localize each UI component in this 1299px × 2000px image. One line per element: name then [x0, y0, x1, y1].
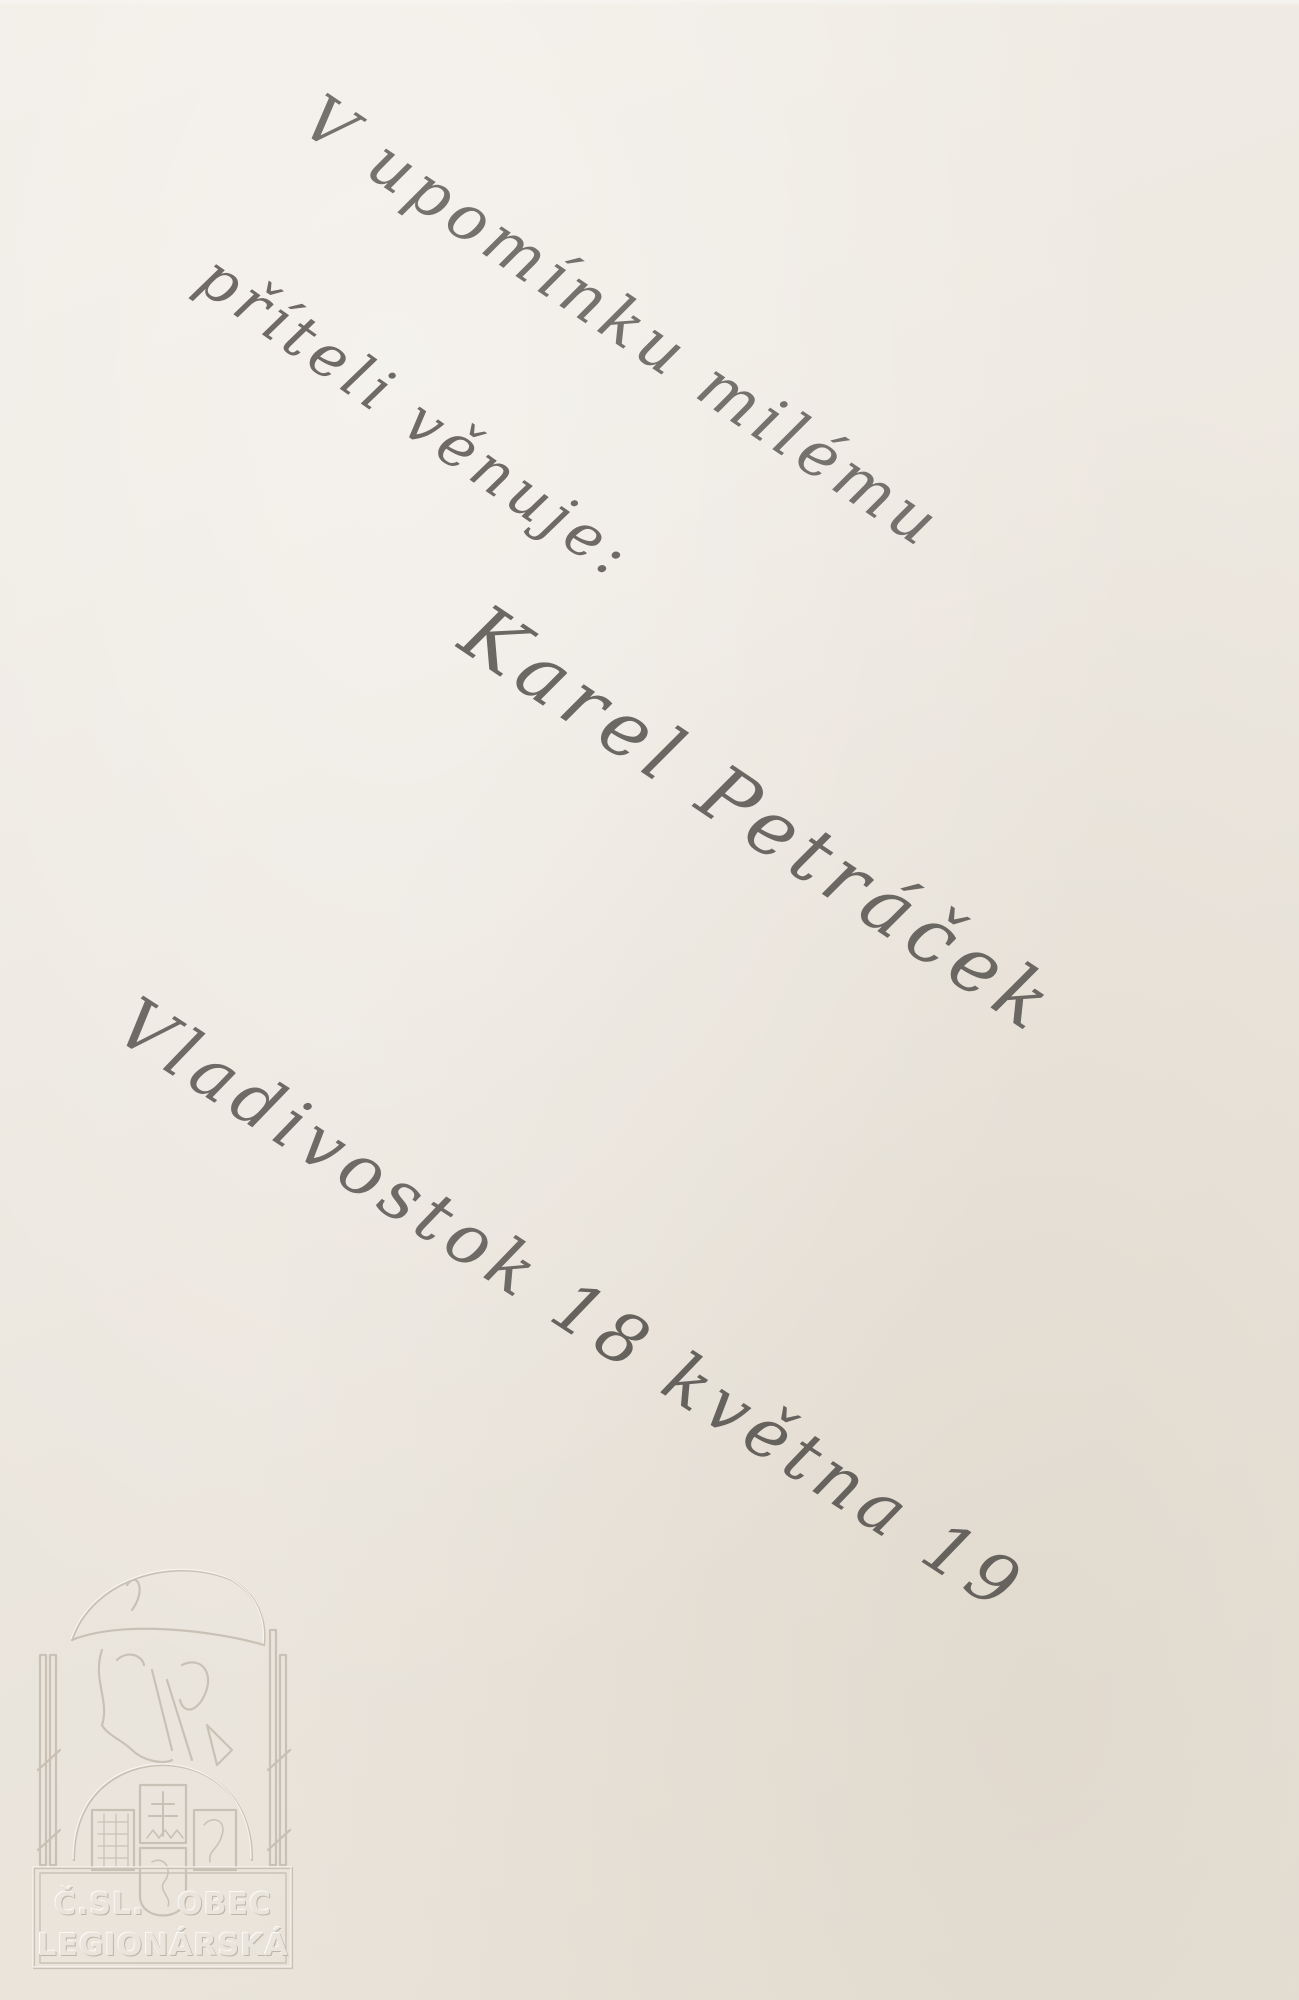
- place: Vladivostok: [103, 982, 558, 1317]
- stamp-text-left: Č.SL.: [54, 1887, 145, 1922]
- embossed-legion-stamp: Č.SL. OBEC LEGIONÁRSKÁ: [32, 1550, 294, 1972]
- stamp-text-bottom: LEGIONÁRSKÁ: [32, 1928, 294, 1963]
- stamp-text-right: OBEC: [177, 1887, 272, 1922]
- dedication-line-1: V upomínku milému: [289, 81, 955, 564]
- date: 18 května 19: [537, 1264, 1039, 1630]
- signature: Karel Petráček: [445, 588, 1073, 1053]
- paper-background: V upomínku milému příteli věnuje: Karel …: [0, 0, 1299, 2000]
- paper-top-edge: [0, 0, 1299, 6]
- place-and-date: Vladivostok 18 května 19: [103, 982, 1040, 1630]
- stamp-text-top: Č.SL. OBEC: [32, 1887, 294, 1922]
